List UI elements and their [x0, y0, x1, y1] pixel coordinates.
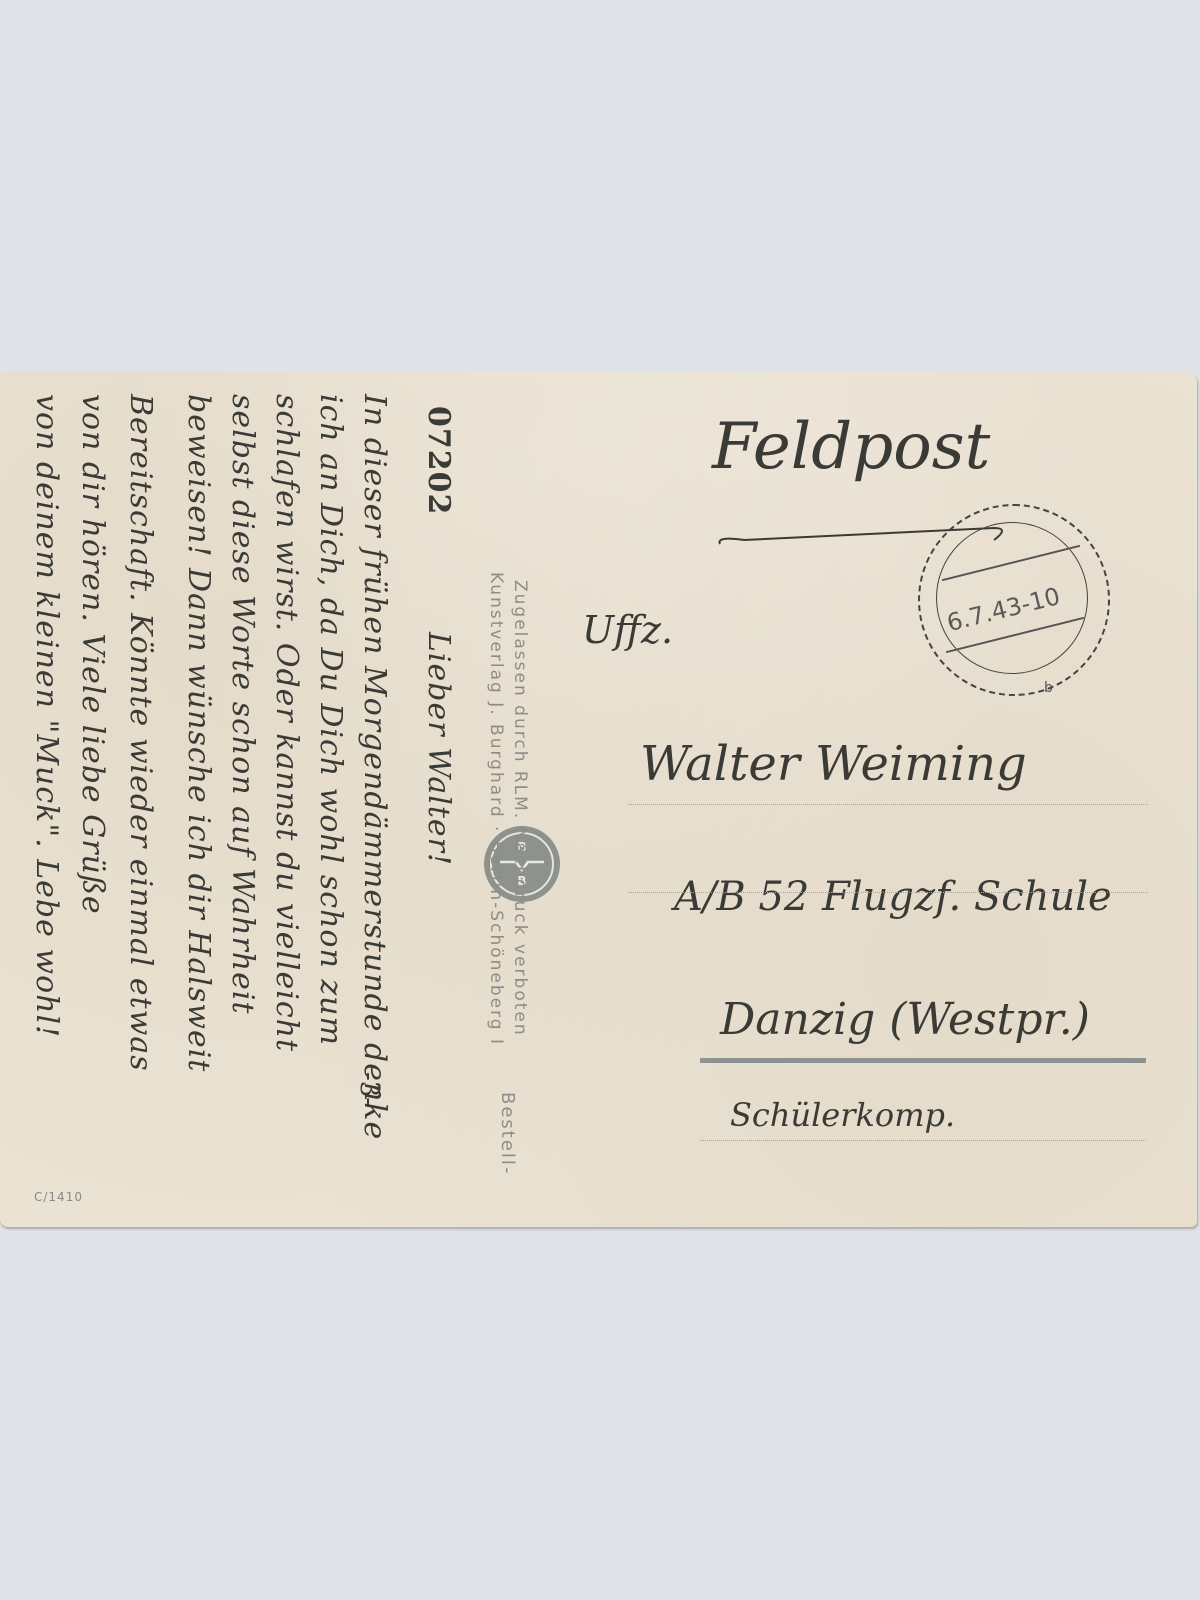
recipient-unit: A/B 52 Flugzf. Schule — [674, 874, 1112, 920]
message-line: selbst diese Worte schon auf Wahrheit — [225, 394, 260, 1015]
order-label: Bestell- — [497, 1092, 518, 1175]
recipient-city: Danzig (Westpr.) — [720, 994, 1090, 1045]
city-underline — [700, 1058, 1146, 1063]
page-marker: -3- — [354, 1072, 384, 1106]
feldpost-header: Feldpost — [712, 410, 990, 484]
message-line: schlafen wirst. Oder kannst du vielleich… — [269, 394, 304, 1052]
recipient-rank: Uffz. — [582, 608, 673, 652]
approval-line: Zugelassen durch RLM. Nachdruck verboten — [510, 580, 530, 1037]
recipient-company: Schülerkomp. — [730, 1096, 955, 1134]
message-line: In dieser frühen Morgendämmerstunde denk… — [357, 394, 392, 1140]
message-line: beweisen! Dann wünsche ich dir Halsweit — [181, 394, 216, 1072]
reference-number: 07202 — [421, 406, 456, 515]
form-number: C/1410 — [34, 1190, 83, 1204]
address-line-2 — [628, 892, 1148, 893]
postcard: B B Kunstverlag J. Burghard · Berlin-Sch… — [0, 372, 1197, 1227]
message-line: Bereitschaft. Könnte wieder einmal etwas — [123, 394, 158, 1072]
message-line: ich an Dich, da Du Dich wohl schon zum — [313, 394, 348, 1046]
recipient-name: Walter Weiming — [640, 736, 1027, 792]
address-line-1 — [628, 804, 1148, 805]
message-line: von dir hören. Viele liebe Grüße — [75, 394, 110, 915]
message-line: von deinem kleinen "Muck". Lebe wohl! — [29, 394, 64, 1038]
publisher-line: Kunstverlag J. Burghard · Berlin-Schöneb… — [486, 572, 506, 1046]
postmark-sub-letter: b — [1044, 680, 1053, 696]
address-line-4 — [700, 1140, 1146, 1141]
salutation: Lieber Walter! — [421, 632, 456, 866]
